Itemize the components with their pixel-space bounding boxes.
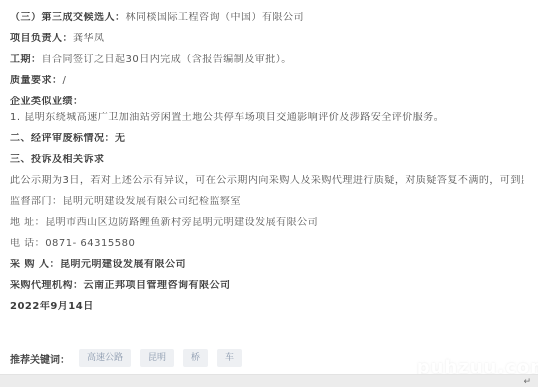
phone-value: 0871- 64315580 [45,238,135,249]
bottom-strip: ↵ [0,374,538,387]
phone-line: 电 话：0871- 64315580 [10,238,524,249]
section2-heading: 二、经评审废标情况：无 [10,133,524,144]
address-value: 昆明市西山区边防路鲤鱼新村旁昆明元明建设发展有限公司 [45,217,318,228]
supervision-dept-label: 监督部门： [10,196,63,207]
quality-label: 质量要求： [10,75,63,86]
third-candidate-label: （三）第三成交候选人： [10,12,126,23]
agency-value: 云南正邦项目管理咨询有限公司 [84,280,231,291]
quality-line: 质量要求：/ [10,75,524,86]
quality-value: / [63,75,67,86]
agency-line: 采购代理机构：云南正邦项目管理咨询有限公司 [10,280,524,291]
announcement-body: （三）第三成交候选人：林同棪国际工程咨询（中国）有限公司 项目负责人：龚华凤 工… [10,12,524,367]
agency-label: 采购代理机构： [10,280,84,291]
keyword-tag-bridge[interactable]: 桥 [183,349,208,367]
return-arrow-icon: ↵ [523,377,531,387]
similar-performance-heading: 企业类似业绩： [10,96,524,107]
project-leader-value: 龚华凤 [73,33,105,44]
announcement-date: 2022年9月14日 [10,301,524,312]
project-leader-label: 项目负责人： [10,33,73,44]
keyword-tag-highway[interactable]: 高速公路 [79,349,131,367]
section2-value: 无 [115,133,126,144]
publicity-paragraph: 此公示期为3日，若对上述公示有异议，可在公示期内向采购人及采购代理进行质疑，对质… [10,175,524,186]
supervision-dept-line: 监督部门：昆明元明建设发展有限公司纪检监察室 [10,196,524,207]
section2-label: 二、经评审废标情况： [10,133,115,144]
duration-line: 工期：自合同签订之日起30日内完成（含报告编制及审批）。 [10,54,524,65]
recommended-keywords-label: 推荐关键词： [10,351,70,366]
duration-value: 自合同签订之日起30日内完成（含报告编制及审批）。 [42,54,292,65]
third-candidate-line: （三）第三成交候选人：林同棪国际工程咨询（中国）有限公司 [10,12,524,23]
project-leader-line: 项目负责人：龚华凤 [10,33,524,44]
similar-performance-item: 1. 昆明东绕城高速广卫加油站旁闲置土地公共停车场项目交通影响评价及涉路安全评价… [10,112,524,123]
duration-label: 工期： [10,54,42,65]
keyword-tag-kunming[interactable]: 昆明 [140,349,174,367]
supervision-dept-value: 昆明元明建设发展有限公司纪检监察室 [63,196,242,207]
purchaser-value: 昆明元明建设发展有限公司 [60,259,186,270]
keyword-tag-car[interactable]: 车 [217,349,242,367]
purchaser-line: 采 购 人：昆明元明建设发展有限公司 [10,259,524,270]
announcement-page: （三）第三成交候选人：林同棪国际工程咨询（中国）有限公司 项目负责人：龚华凤 工… [0,0,538,387]
section3-heading: 三、投诉及相关诉求 [10,154,524,165]
third-candidate-value: 林同棪国际工程咨询（中国）有限公司 [126,12,305,23]
phone-label: 电 话： [10,238,45,249]
address-line: 地 址：昆明市西山区边防路鲤鱼新村旁昆明元明建设发展有限公司 [10,217,524,228]
address-label: 地 址： [10,217,45,228]
recommended-keywords-row: 推荐关键词： 高速公路 昆明 桥 车 [10,349,524,367]
purchaser-label: 采 购 人： [10,259,60,270]
